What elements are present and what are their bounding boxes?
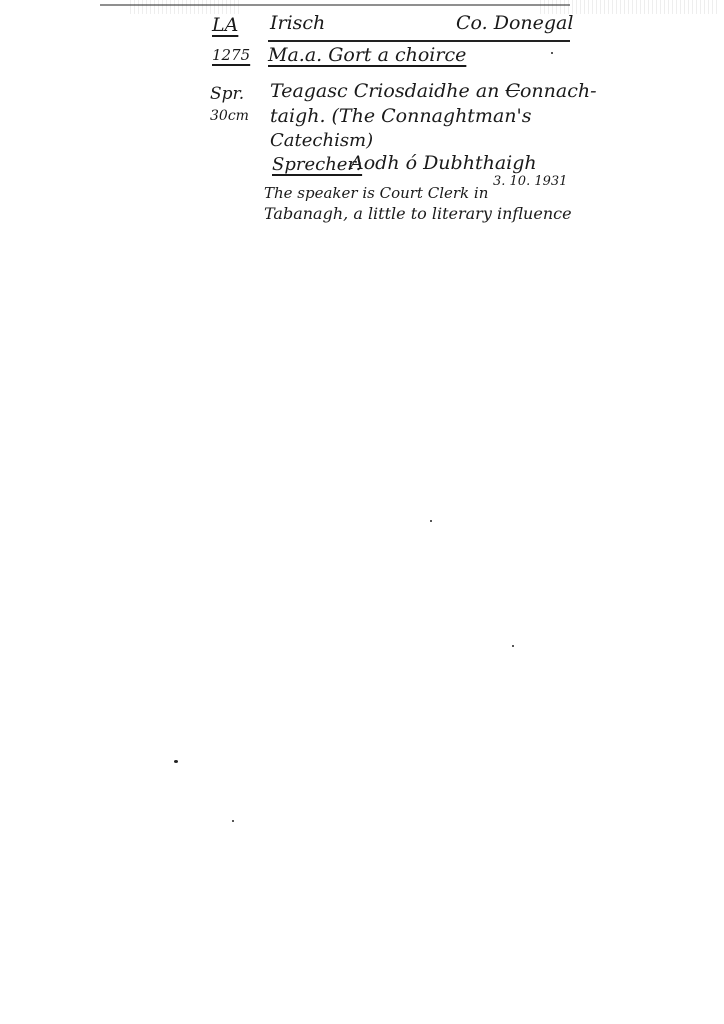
speaker-label: Sprecher: — [272, 154, 362, 175]
language-label: Irisch — [270, 12, 325, 34]
header-underline — [268, 40, 570, 42]
recording-length: 30cm — [210, 108, 249, 124]
county-label: Co. Donegal — [456, 12, 573, 34]
title-line-1: Teagasc Criosdaidhe an Connach- — [270, 80, 597, 102]
record-number: 1275 — [212, 46, 250, 64]
title-line-2: taigh. (The Connaghtman's — [270, 105, 532, 127]
archive-code: LA — [212, 14, 238, 36]
struck-letter: C — [505, 80, 520, 102]
title-line-3: Catechism) — [270, 130, 373, 151]
recording-type: Spr. — [210, 84, 244, 104]
note-line-2: Tabanagh, a little to literary influence — [264, 204, 572, 223]
place-name: Ma.a. Gort a choirce — [268, 44, 466, 66]
note-line-1: The speaker is Court Clerk in — [264, 184, 488, 202]
speaker-name: Aodh ó Dubhthaigh — [350, 152, 537, 174]
recording-date: 3. 10. 1931 — [493, 174, 567, 189]
